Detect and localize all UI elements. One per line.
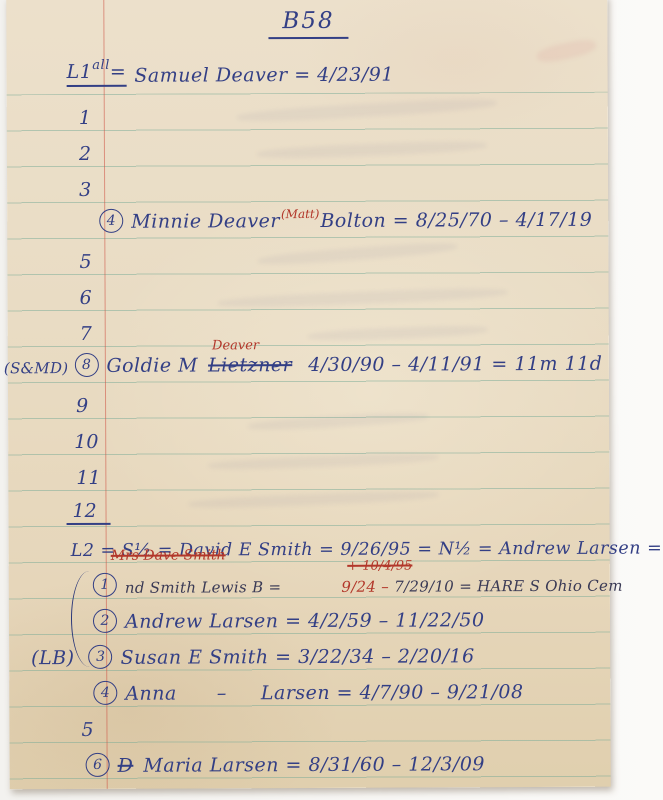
circled-number-3: 3 xyxy=(89,645,113,669)
number-label: 5 xyxy=(81,719,93,741)
margin-number-2: 2 xyxy=(79,135,91,165)
margin-note-lb: (LB) xyxy=(31,647,75,669)
margin-number-1: 1 xyxy=(79,99,91,129)
struck-initial: D xyxy=(118,755,134,777)
number-label: 2 xyxy=(79,143,91,165)
margin-note-smd: (S&MD) xyxy=(4,359,69,377)
entry-dates: 7/29/10 = HARE S Ohio Cem xyxy=(394,577,623,596)
circled-number-4: 4 xyxy=(99,209,123,233)
l1-superscript-all: all xyxy=(92,58,110,73)
page-title: B58 xyxy=(268,8,348,39)
red-struck-date: + 10/4/95 xyxy=(347,559,412,574)
entry-dates: Larsen = 4/7/90 – 9/21/08 xyxy=(261,681,524,704)
margin-number-9: 9 xyxy=(76,387,88,417)
red-correction-deaver: Deaver xyxy=(212,338,259,353)
entry-text: Susan E Smith = 3/22/34 – 2/20/16 xyxy=(121,645,475,669)
number-label: 10 xyxy=(74,431,98,453)
circled-number-4b: 4 xyxy=(93,681,117,705)
l2-row-1: Mrs Dave Smith 1 nd Smith Lewis B = + 10… xyxy=(93,565,623,597)
l1-header-row: L1all= Samuel Deaver = 4/23/91 xyxy=(67,56,394,87)
entry-name: Minnie Deaver xyxy=(131,210,280,233)
entry-name: nd Smith Lewis B = xyxy=(125,578,282,597)
margin-number-10: 10 xyxy=(74,423,98,453)
margin-number-12: 12 xyxy=(66,495,110,525)
number-label: 3 xyxy=(79,179,91,201)
entry-dates: 4/30/90 – 4/11/91 = 11m 11d xyxy=(308,353,602,376)
circled-number-8: 8 xyxy=(74,353,98,377)
margin-number-6: 6 xyxy=(80,279,92,309)
l1-row-8: (S&MD) 8 Goldie M Deaver Lietzner 4/30/9… xyxy=(4,345,603,378)
circled-number-6: 6 xyxy=(86,753,110,777)
entry-text: Andrew Larsen = 4/2/59 – 11/22/50 xyxy=(125,609,485,633)
number-label: 11 xyxy=(76,467,100,489)
l2-row-2: 2 Andrew Larsen = 4/2/59 – 11/22/50 xyxy=(93,601,485,633)
number-label: 1 xyxy=(79,107,91,129)
entry-name: Goldie M xyxy=(106,354,198,376)
margin-number-11: 11 xyxy=(76,459,100,489)
margin-number-7: 7 xyxy=(80,315,92,345)
red-date: 9/24 – xyxy=(341,578,389,596)
dash: – xyxy=(217,682,227,704)
number-label: 6 xyxy=(80,287,92,309)
l1-label: L1 xyxy=(67,61,93,83)
notebook-page: B58 L1all= Samuel Deaver = 4/23/91 1 2 3… xyxy=(6,0,610,789)
entry-dates: Bolton = 8/25/70 – 4/17/19 xyxy=(320,209,592,232)
l1-equals: = xyxy=(110,61,127,83)
l1-row-4: 4 Minnie Deaver (Matt) Bolton = 8/25/70 … xyxy=(99,201,592,233)
circled-number-2: 2 xyxy=(93,609,117,633)
red-annotation-matt: (Matt) xyxy=(281,207,320,221)
l2-row-6: 6 D Maria Larsen = 8/31/60 – 12/3/09 xyxy=(86,745,486,777)
number-label: 5 xyxy=(79,251,91,273)
struck-surname: Lietzner xyxy=(208,354,292,376)
l2-row-4: 4 Anna – Larsen = 4/7/90 – 9/21/08 xyxy=(93,673,523,705)
margin-number-5b: 5 xyxy=(81,711,93,741)
number-label: 9 xyxy=(76,395,88,417)
number-label: 7 xyxy=(80,323,92,345)
bleedthrough-smudge xyxy=(535,37,597,65)
red-struck-name: Mrs Dave Smith xyxy=(111,547,226,564)
l1-label-group: L1all= xyxy=(67,61,127,87)
circled-number-1: 1 xyxy=(93,573,117,597)
l2-row-3: (LB) 3 Susan E Smith = 3/22/34 – 2/20/16 xyxy=(31,637,475,669)
entry-name: Anna xyxy=(125,683,177,705)
entry-text: Maria Larsen = 8/31/60 – 12/3/09 xyxy=(143,753,485,776)
number-label-underlined: 12 xyxy=(66,500,110,525)
margin-number-3: 3 xyxy=(79,171,91,201)
l1-entry: Samuel Deaver = 4/23/91 xyxy=(134,64,394,87)
margin-number-5: 5 xyxy=(79,243,91,273)
